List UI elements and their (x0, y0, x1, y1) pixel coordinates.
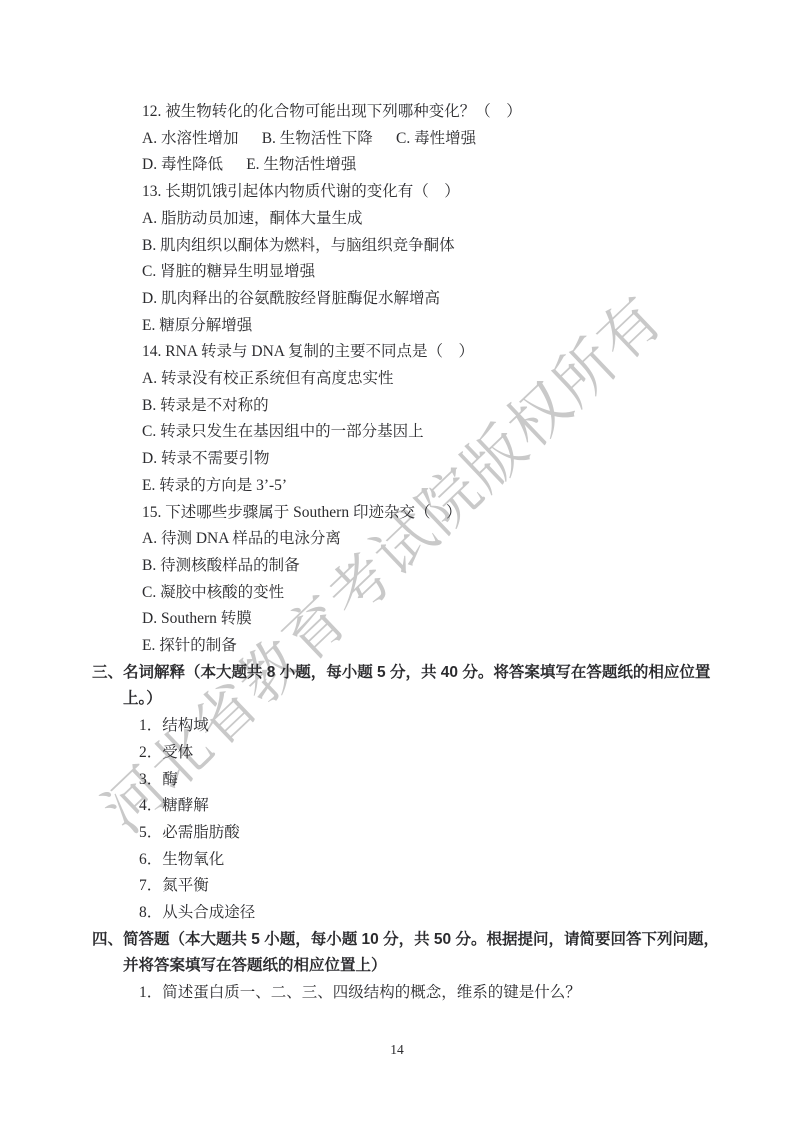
question-14: 14. RNA 转录与 DNA 复制的主要不同点是（ ） (142, 341, 474, 363)
term-7: 7．氮平衡 (139, 875, 209, 897)
term-3: 3．酶 (139, 769, 178, 791)
section-4-heading-cont: 并将答案填写在答题纸的相应位置上） (123, 955, 387, 977)
document-lines: 12. 被生物转化的化合物可能出现下列哪种变化？（ ）A. 水溶性增加 B. 生… (0, 0, 794, 1123)
option-15-a: A. 待测 DNA 样品的电泳分离 (142, 528, 341, 550)
options-12-row-2: D. 毒性降低 E. 生物活性增强 (142, 154, 356, 176)
term-4: 4．糖酵解 (139, 795, 209, 817)
exam-paper-page: 河北省教育考试院版权所有 12. 被生物转化的化合物可能出现下列哪种变化？（ ）… (0, 0, 794, 1123)
option-13-e: E. 糖原分解增强 (142, 315, 252, 337)
option-14-a: A. 转录没有校正系统但有高度忠实性 (142, 368, 393, 390)
short-answer-1: 1．简述蛋白质一、二、三、四级结构的概念，维系的键是什么？ (139, 982, 581, 1004)
option-15-c: C. 凝胶中核酸的变性 (142, 582, 284, 604)
option-13-c: C. 肾脏的糖异生明显增强 (142, 261, 315, 283)
section-3-heading: 三、名词解释（本大题共 8 小题，每小题 5 分，共 40 分。将答案填写在答题… (92, 662, 710, 684)
option-14-c: C. 转录只发生在基因组中的一部分基因上 (142, 421, 424, 443)
page-number: 14 (0, 1042, 794, 1058)
section-4-heading: 四、简答题（本大题共 5 小题，每小题 10 分，共 50 分。根据提问，请简要… (92, 929, 719, 951)
term-8: 8．从头合成途径 (139, 902, 255, 924)
option-15-e: E. 探针的制备 (142, 635, 237, 657)
term-1: 1．结构域 (139, 715, 209, 737)
option-13-a: A. 脂肪动员加速，酮体大量生成 (142, 208, 362, 230)
options-12-row-1: A. 水溶性增加 B. 生物活性下降 C. 毒性增强 (142, 128, 476, 150)
option-14-e: E. 转录的方向是 3’-5’ (142, 475, 287, 497)
question-13: 13. 长期饥饿引起体内物质代谢的变化有（ ） (142, 181, 460, 203)
term-6: 6．生物氧化 (139, 849, 224, 871)
term-5: 5．必需脂肪酸 (139, 822, 240, 844)
option-14-d: D. 转录不需要引物 (142, 448, 269, 470)
option-13-b: B. 肌肉组织以酮体为燃料，与脑组织竞争酮体 (142, 235, 455, 257)
option-15-b: B. 待测核酸样品的制备 (142, 555, 300, 577)
option-15-d: D. Southern 转膜 (142, 608, 252, 630)
option-13-d: D. 肌肉释出的谷氨酰胺经肾脏酶促水解增高 (142, 288, 440, 310)
section-3-heading-cont: 上。） (123, 688, 162, 710)
option-14-b: B. 转录是不对称的 (142, 395, 269, 417)
term-2: 2．受体 (139, 742, 193, 764)
question-15: 15. 下述哪些步骤属于 Southern 印迹杂交（ ） (142, 502, 461, 524)
question-12: 12. 被生物转化的化合物可能出现下列哪种变化？（ ） (142, 101, 522, 123)
